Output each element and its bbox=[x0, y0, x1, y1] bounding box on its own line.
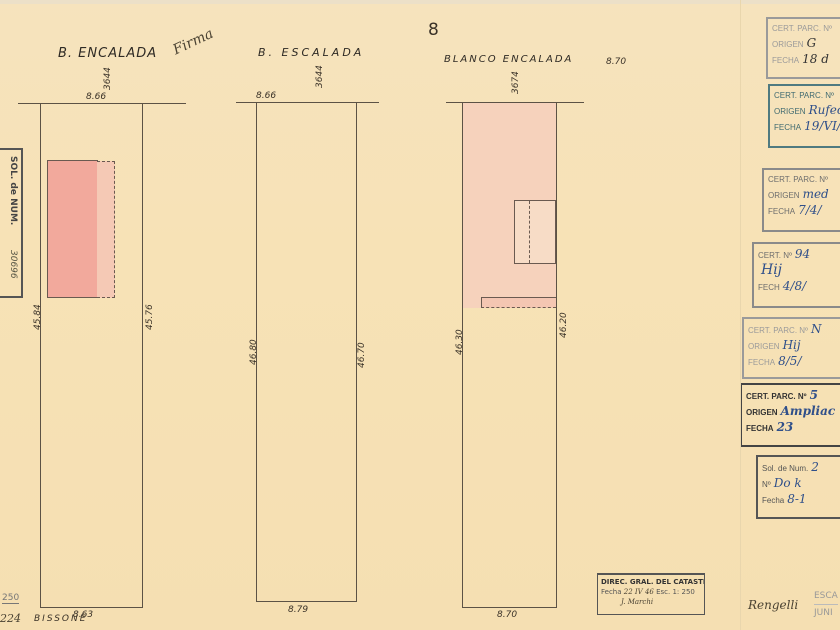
paper-top-edge bbox=[0, 0, 840, 4]
cert-stamp-6: CERT. PARC. Nº5 ORIGENAmpliac FECHA23 bbox=[740, 383, 840, 447]
stamp3-fecha-label: FECHA bbox=[768, 207, 795, 216]
sol-num-stamp: SOL. de NUM. 30696 bbox=[0, 148, 23, 298]
sol-num-stamp-right: Sol. de Num.2 NºDo k Fecha8-1 bbox=[756, 455, 840, 519]
stamp3-origen-label: ORIGEN bbox=[768, 191, 800, 200]
stamp7-line1: Sol. de Num. bbox=[762, 464, 808, 473]
stamp5-fecha-label: FECHA bbox=[748, 358, 775, 367]
catastro-scale: Esc. 1: 250 bbox=[656, 588, 695, 596]
plot3-front-width: 8.70 bbox=[606, 57, 626, 67]
plot3-door-number: 3674 bbox=[511, 71, 521, 94]
plot1-front-width: 8.66 bbox=[86, 92, 106, 102]
sol-num-label: SOL. de NUM. bbox=[8, 156, 18, 225]
catastro-fecha-label: Fecha bbox=[601, 588, 622, 596]
stamp3-origen-value: med bbox=[803, 187, 829, 201]
stamp1-origen-label: ORIGEN bbox=[772, 40, 804, 49]
stamp2-fecha-label: FECHA bbox=[774, 123, 801, 132]
stamp7-nro-label: Nº bbox=[762, 480, 771, 489]
plot1-street-title: B. ENCALADA bbox=[58, 46, 157, 61]
plot1-right-depth: 45.76 bbox=[145, 304, 155, 330]
stamp1-origen-value: G bbox=[807, 36, 817, 50]
stamp1-fecha-label: FECHA bbox=[772, 56, 799, 65]
stamp5-fecha-value: 8/5/ bbox=[778, 354, 801, 368]
cert-stamp-5: CERT. PARC. NºN ORIGENHij FECHA8/5/ bbox=[742, 317, 840, 379]
stamp2-line1: CERT. PARC. Nº bbox=[774, 91, 834, 100]
catastro-name: J. Marchi bbox=[601, 597, 701, 607]
stamp7-nro-value: Do k bbox=[774, 476, 802, 490]
stamp7-fecha-value: 8-1 bbox=[787, 492, 806, 506]
stamp6-number: 5 bbox=[810, 388, 818, 402]
stamp6-origen-value: Ampliac bbox=[781, 404, 836, 418]
plot1-door-number: 3644 bbox=[103, 67, 113, 90]
catastro-fecha-value: 22 IV 46 bbox=[624, 588, 654, 596]
right-edge-stamp: ESCA JUNI bbox=[814, 588, 838, 621]
stamp5-number: N bbox=[811, 322, 822, 336]
signature-bottom: Rengelli bbox=[748, 598, 798, 612]
plot3-interior-dash bbox=[529, 201, 530, 263]
plot1-building-annex bbox=[97, 161, 115, 298]
stamp7-fecha-label: Fecha bbox=[762, 496, 784, 505]
plot2-street-title: B. ESCALADA bbox=[258, 46, 364, 59]
scale-note: 250 bbox=[2, 593, 19, 604]
plot2-door-number: 3644 bbox=[315, 65, 325, 88]
cert-stamp-3: CERT. PARC. Nº ORIGENmed FECHA7/4/ bbox=[762, 168, 840, 232]
stamp4-fecha-value: 4/8/ bbox=[783, 279, 806, 293]
stamp2-origen-label: ORIGEN bbox=[774, 107, 806, 116]
plot1-left-depth: 45.84 bbox=[33, 304, 43, 330]
bottom-left-street: BISSONE bbox=[34, 614, 87, 624]
stamp3-fecha-value: 7/4/ bbox=[798, 203, 821, 217]
stamp1-line1: CERT. PARC. Nº bbox=[772, 24, 832, 33]
cert-stamp-2: CERT. PARC. Nº ORIGENRufec. c FECHA19/VI… bbox=[768, 84, 840, 148]
stamp6-fecha-label: FECHA bbox=[746, 424, 774, 433]
plot3-rear-strip bbox=[481, 297, 556, 308]
stamp4-line1: CERT. Nº bbox=[758, 251, 792, 260]
plot1-building-footprint bbox=[47, 160, 98, 298]
stamp5-origen-label: ORIGEN bbox=[748, 342, 780, 351]
plot3-right-depth: 46.20 bbox=[559, 312, 569, 338]
sheet-fold-line bbox=[740, 0, 741, 630]
plot2-left-depth: 46.80 bbox=[249, 339, 259, 365]
plot2-lot-outline bbox=[256, 102, 357, 602]
plot2-back-width: 8.79 bbox=[288, 605, 308, 615]
stamp1-fecha-value: 18 d bbox=[802, 52, 829, 66]
stamp6-line1: CERT. PARC. Nº bbox=[746, 392, 807, 401]
plot3-street-title: BLANCO ENCALADA bbox=[444, 54, 573, 65]
stamp2-origen-value: Rufec. c bbox=[809, 103, 840, 117]
page-number: 8 bbox=[428, 20, 439, 40]
stamp5-line1: CERT. PARC. Nº bbox=[748, 326, 808, 335]
stamp3-line1: CERT. PARC. Nº bbox=[768, 175, 828, 184]
right-edge-line1: ESCA bbox=[814, 588, 838, 604]
right-edge-line2: JUNI bbox=[814, 604, 838, 621]
bottom-left-number: 224 bbox=[0, 612, 21, 625]
stamp6-fecha-value: 23 bbox=[777, 420, 794, 434]
cert-stamp-4: CERT. Nº94 Hij FECH4/8/ bbox=[752, 242, 840, 308]
stamp4-fecha-label: FECH bbox=[758, 283, 780, 292]
cert-stamp-1: CERT. PARC. Nº ORIGENG FECHA18 d bbox=[766, 17, 840, 79]
signature-top: Firma bbox=[171, 26, 216, 58]
stamp2-fecha-value: 19/VI/5 bbox=[804, 119, 840, 133]
plot2-right-depth: 46.70 bbox=[357, 342, 367, 368]
plot2-front-width: 8.66 bbox=[256, 91, 276, 101]
plot3-back-width: 8.70 bbox=[497, 610, 517, 620]
sol-num-value: 30696 bbox=[8, 250, 18, 279]
catastro-stamp: DIREC. GRAL. DEL CATASTRO Fecha 22 IV 46… bbox=[597, 573, 705, 615]
plot3-left-depth: 46.30 bbox=[455, 329, 465, 355]
stamp4-number: 94 bbox=[795, 247, 810, 261]
stamp7-number: 2 bbox=[811, 460, 819, 474]
catastro-title: DIREC. GRAL. DEL CATASTRO bbox=[601, 577, 701, 587]
plot3-interior-room bbox=[514, 200, 556, 264]
stamp4-origen-value: Hij bbox=[761, 262, 782, 278]
stamp5-origen-value: Hij bbox=[783, 338, 801, 352]
stamp6-origen-label: ORIGEN bbox=[746, 408, 778, 417]
